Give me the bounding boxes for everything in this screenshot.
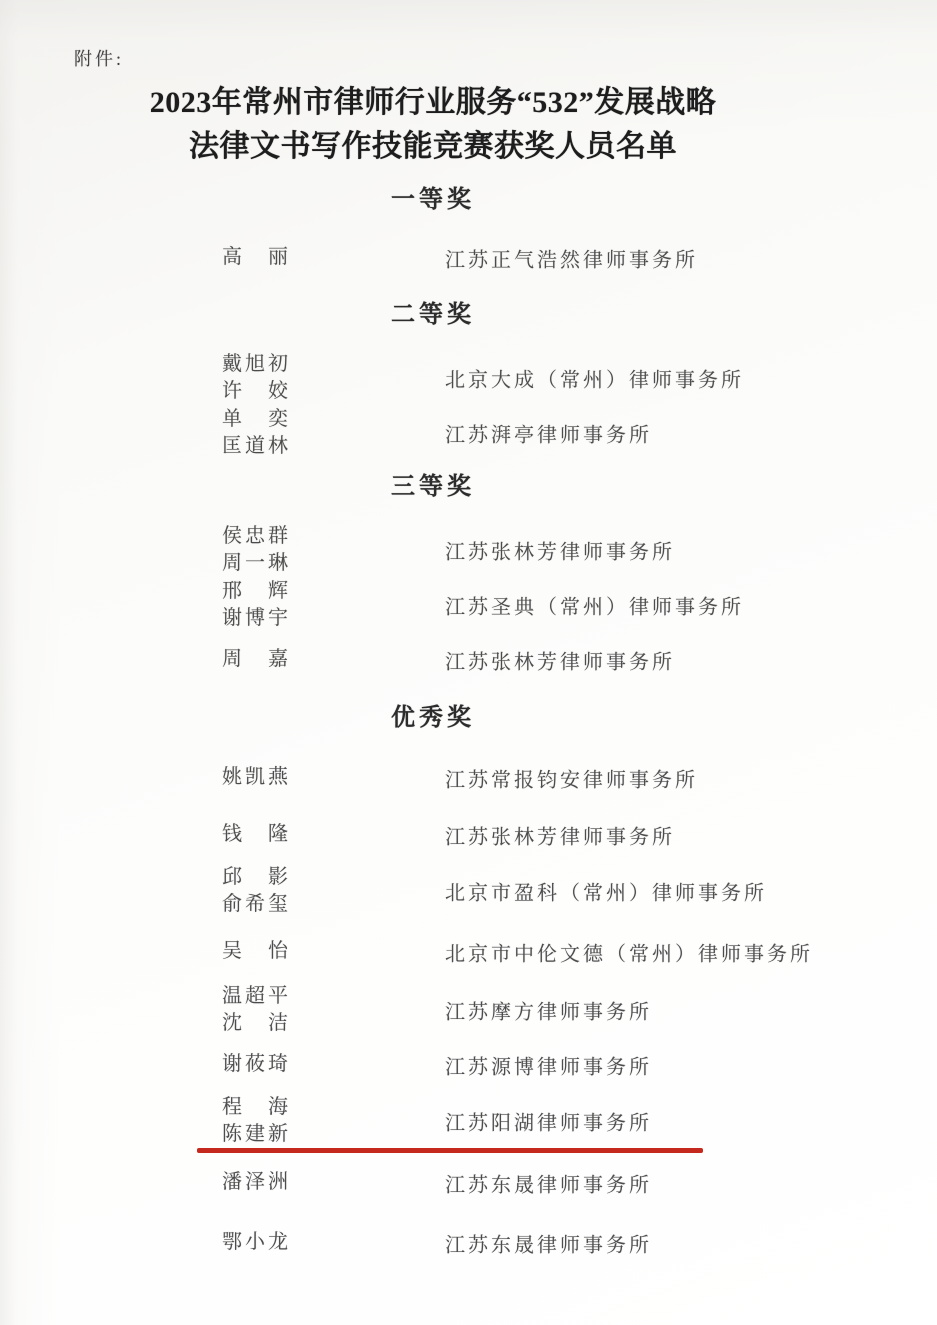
law-firm-name: 江苏东晟律师事务所 — [445, 1228, 652, 1257]
winner-row: 侯忠群周一琳江苏张林芳律师事务所 — [0, 523, 937, 577]
winner-name: 高 丽 — [222, 244, 288, 271]
section-heading: 一等奖 — [0, 184, 866, 216]
winner-name: 鄂小龙 — [222, 1229, 288, 1256]
winner-name: 戴旭初 — [222, 351, 288, 378]
section-heading: 三等奖 — [0, 471, 866, 503]
winner-names: 周 嘉 — [222, 646, 288, 673]
section-heading: 二等奖 — [0, 299, 866, 331]
law-firm-name: 北京大成（常州）律师事务所 — [445, 364, 744, 393]
winner-names: 邢 辉谢博宇 — [222, 578, 288, 632]
winner-names: 钱 隆 — [222, 821, 288, 848]
winner-row: 潘泽洲江苏东晟律师事务所 — [0, 1169, 937, 1196]
winner-name: 陈建新 — [222, 1121, 288, 1148]
winner-name: 谢莜琦 — [222, 1051, 288, 1078]
winner-names: 程 海陈建新 — [222, 1094, 288, 1148]
winner-row: 邱 影俞希玺北京市盈科（常州）律师事务所 — [0, 864, 937, 918]
winner-name: 单 奕 — [222, 406, 288, 433]
winner-names: 鄂小龙 — [222, 1229, 288, 1256]
winner-name: 谢博宇 — [222, 605, 288, 632]
winner-names: 温超平沈 洁 — [222, 983, 288, 1037]
winner-names: 吴 怡 — [222, 938, 288, 965]
law-firm-name: 江苏摩方律师事务所 — [445, 996, 652, 1025]
winner-names: 邱 影俞希玺 — [222, 864, 288, 918]
winner-row: 戴旭初许 姣北京大成（常州）律师事务所 — [0, 351, 937, 405]
law-firm-name: 江苏源博律师事务所 — [445, 1050, 652, 1079]
document-title-line2: 法律文书写作技能竞赛获奖人员名单 — [0, 125, 866, 169]
law-firm-name: 江苏东晟律师事务所 — [445, 1168, 652, 1197]
winner-names: 高 丽 — [222, 244, 288, 271]
winner-names: 姚凯燕 — [222, 764, 288, 791]
winner-row: 高 丽江苏正气浩然律师事务所 — [0, 244, 937, 271]
winner-names: 潘泽洲 — [222, 1169, 288, 1196]
winner-name: 程 海 — [222, 1094, 288, 1121]
winner-name: 俞希玺 — [222, 891, 288, 918]
winner-name: 周 嘉 — [222, 646, 288, 673]
winner-row: 邢 辉谢博宇江苏圣典（常州）律师事务所 — [0, 578, 937, 632]
law-firm-name: 江苏正气浩然律师事务所 — [445, 243, 698, 272]
winner-row: 单 奕匡道林江苏湃亭律师事务所 — [0, 406, 937, 460]
winner-row: 谢莜琦江苏源博律师事务所 — [0, 1051, 937, 1078]
law-firm-name: 江苏阳湖律师事务所 — [445, 1107, 652, 1136]
winner-name: 匡道林 — [222, 433, 288, 460]
winner-name: 钱 隆 — [222, 821, 288, 848]
winner-name: 温超平 — [222, 983, 288, 1010]
winner-names: 单 奕匡道林 — [222, 406, 288, 460]
document-title: 2023年常州市律师行业服务“532”发展战略 法律文书写作技能竞赛获奖人员名单 — [0, 81, 866, 169]
winner-row: 程 海陈建新江苏阳湖律师事务所 — [0, 1094, 937, 1148]
winner-row: 姚凯燕江苏常报钧安律师事务所 — [0, 764, 937, 791]
law-firm-name: 江苏张林芳律师事务所 — [445, 536, 675, 565]
winner-names: 戴旭初许 姣 — [222, 351, 288, 405]
law-firm-name: 北京市盈科（常州）律师事务所 — [445, 877, 767, 906]
law-firm-name: 江苏圣典（常州）律师事务所 — [445, 591, 744, 620]
law-firm-name: 江苏湃亭律师事务所 — [445, 419, 652, 448]
law-firm-name: 江苏张林芳律师事务所 — [445, 645, 675, 674]
document-title-line1: 2023年常州市律师行业服务“532”发展战略 — [0, 81, 866, 125]
winner-row: 鄂小龙江苏东晟律师事务所 — [0, 1229, 937, 1256]
section-heading: 优秀奖 — [0, 702, 866, 734]
winner-name: 侯忠群 — [222, 523, 288, 550]
attachment-label: 附件: — [74, 45, 124, 71]
winner-names: 侯忠群周一琳 — [222, 523, 288, 577]
winner-name: 许 姣 — [222, 378, 288, 405]
law-firm-name: 江苏张林芳律师事务所 — [445, 820, 675, 849]
winner-row: 周 嘉江苏张林芳律师事务所 — [0, 646, 937, 673]
winner-name: 邱 影 — [222, 864, 288, 891]
winner-names: 谢莜琦 — [222, 1051, 288, 1078]
winner-name: 姚凯燕 — [222, 764, 288, 791]
winner-row: 钱 隆江苏张林芳律师事务所 — [0, 821, 937, 848]
winner-row: 吴 怡北京市中伦文德（常州）律师事务所 — [0, 938, 937, 965]
law-firm-name: 江苏常报钧安律师事务所 — [445, 763, 698, 792]
winner-name: 沈 洁 — [222, 1010, 288, 1037]
winner-name: 邢 辉 — [222, 578, 288, 605]
winner-name: 周一琳 — [222, 550, 288, 577]
red-underline-annotation — [197, 1148, 703, 1153]
winner-name: 吴 怡 — [222, 938, 288, 965]
winner-row: 温超平沈 洁江苏摩方律师事务所 — [0, 983, 937, 1037]
document-page: 附件: 2023年常州市律师行业服务“532”发展战略 法律文书写作技能竞赛获奖… — [0, 0, 937, 1325]
law-firm-name: 北京市中伦文德（常州）律师事务所 — [445, 937, 813, 966]
winner-name: 潘泽洲 — [222, 1169, 288, 1196]
